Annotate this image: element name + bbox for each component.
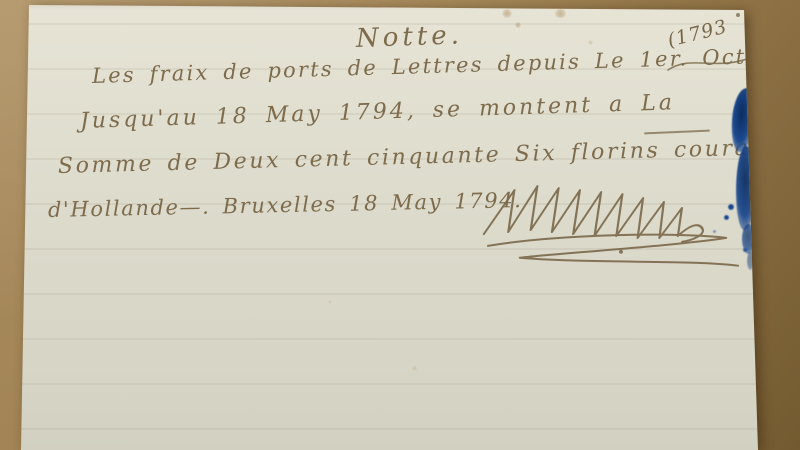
foxing-spot xyxy=(588,40,593,45)
ink-stain xyxy=(736,146,756,230)
ink-stain xyxy=(747,252,754,270)
document-paper: Notte. (1793 Les fraix de ports de Lettr… xyxy=(0,0,800,450)
photo-background: Notte. (1793 Les fraix de ports de Lettr… xyxy=(0,0,800,450)
paper-shadow: Notte. (1793 Les fraix de ports de Lettr… xyxy=(0,0,800,450)
foxing-spot xyxy=(412,366,417,371)
foxing-spot xyxy=(515,22,521,28)
ink-stain-dot xyxy=(713,230,716,233)
ink-stain-dot xyxy=(728,204,734,210)
foxing-spot xyxy=(554,9,567,18)
corner-speck xyxy=(736,13,740,17)
note-title: Notte. xyxy=(355,20,463,54)
ink-stain-dot xyxy=(743,248,747,252)
ink-stain-dot xyxy=(724,215,729,220)
signature xyxy=(482,178,750,273)
foxing-spot xyxy=(502,9,512,18)
foxing-spot xyxy=(328,300,332,304)
